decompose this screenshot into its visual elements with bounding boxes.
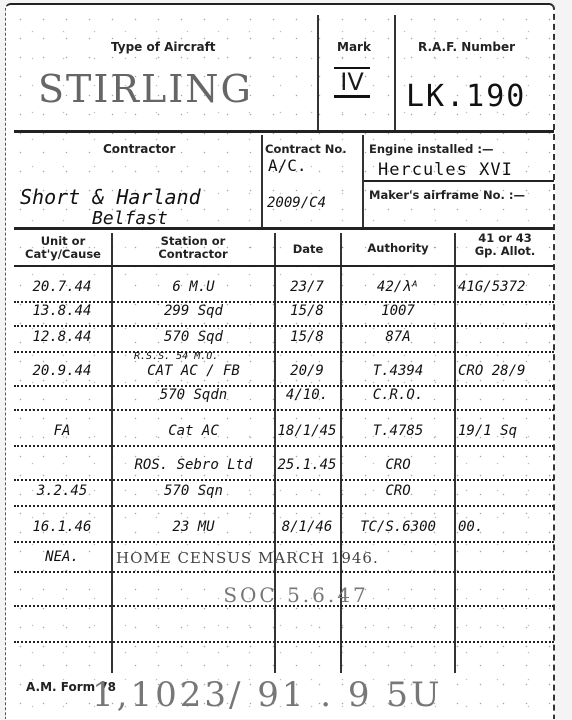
cell-date: 8/1/46 [276, 519, 338, 535]
cell-unit: 12.8.44 [16, 329, 108, 345]
row-rule [14, 325, 554, 327]
cell-date: 4/10. [276, 387, 338, 403]
row-rule [14, 505, 554, 507]
header-station: Station or Contractor [118, 235, 268, 261]
cell-station: 570 Sqd [116, 329, 271, 345]
cell-station: SOC 5.6.47 [166, 583, 426, 607]
cell-date: 20/9 [276, 363, 338, 379]
table-col-divider-2 [274, 233, 276, 673]
header-allot: 41 or 43 Gp. Allot. [458, 232, 552, 258]
table-col-divider-3 [340, 233, 342, 673]
header-authority: Authority [344, 241, 452, 255]
cell-station: Cat AC [116, 423, 271, 439]
cell-station: 299 Sqd [116, 303, 271, 319]
rule-table-header [14, 265, 554, 267]
row-rule [14, 571, 554, 573]
cell-authority: TC/S.6300 [344, 519, 452, 535]
cell-date: 15/8 [276, 303, 338, 319]
cell-unit: 20.7.44 [16, 279, 108, 295]
form-print-code: 1,1023/ 91 . 9 5U [92, 675, 443, 715]
cell-authority: 87A [344, 329, 452, 345]
row-rule [14, 409, 554, 411]
cell-date: 25.1.45 [276, 457, 338, 473]
cell-authority: C.R.O. [344, 387, 452, 403]
cell-unit: 20.9.44 [16, 363, 108, 379]
cell-unit: 16.1.46 [16, 519, 108, 535]
cell-station: 23 MU [116, 519, 271, 535]
cell-unit: FA [16, 423, 108, 439]
header-unit-line2: Cat'y/Cause [18, 248, 108, 261]
cell-allot: 00. [458, 519, 552, 535]
table-col-divider-1 [111, 233, 113, 673]
row-rule [14, 541, 554, 543]
row-rule [14, 641, 554, 643]
cell-date: 23/7 [276, 279, 338, 295]
cell-date: 15/8 [276, 329, 338, 345]
cell-station-note: R.S.S. 54 M.U. [134, 351, 218, 362]
cell-authority: CRO [344, 483, 452, 499]
header-date: Date [278, 242, 338, 256]
cell-station: 570 Sqdn [116, 387, 271, 403]
cell-allot: 41G/5372 [458, 279, 552, 295]
cell-station: 6 M.U [116, 279, 271, 295]
table: Unit or Cat'y/Cause Station or Contracto… [6, 5, 556, 720]
cell-station: CAT AC / FB [116, 363, 271, 379]
cell-unit: 3.2.45 [16, 483, 108, 499]
cell-unit: 13.8.44 [16, 303, 108, 319]
header-unit: Unit or Cat'y/Cause [18, 235, 108, 261]
row-rule [14, 605, 554, 607]
cell-unit: NEA. [16, 549, 108, 565]
cell-station: 570 Sqn [116, 483, 271, 499]
cell-date: 18/1/45 [276, 423, 338, 439]
cell-allot: CRO 28/9 [458, 363, 552, 379]
cell-authority: 1007 [344, 303, 452, 319]
row-rule [14, 479, 554, 481]
row-rule [14, 351, 554, 353]
cell-authority: T.4394 [344, 363, 452, 379]
cell-authority: CRO [344, 457, 452, 473]
header-station-line2: Contractor [118, 248, 268, 261]
cell-authority: 42/λᴬ [344, 279, 452, 295]
cell-station: ROS. Sebro Ltd [116, 457, 271, 473]
row-rule [14, 445, 554, 447]
cell-authority: T.4785 [344, 423, 452, 439]
table-col-divider-4 [454, 233, 456, 673]
cell-station: HOME CENSUS MARCH 1946. [116, 549, 446, 567]
aircraft-record-card: Type of Aircraft STIRLING Mark IV R.A.F.… [5, 3, 555, 719]
cell-allot: 19/1 Sq [458, 423, 552, 439]
header-allot-line2: Gp. Allot. [458, 245, 552, 258]
